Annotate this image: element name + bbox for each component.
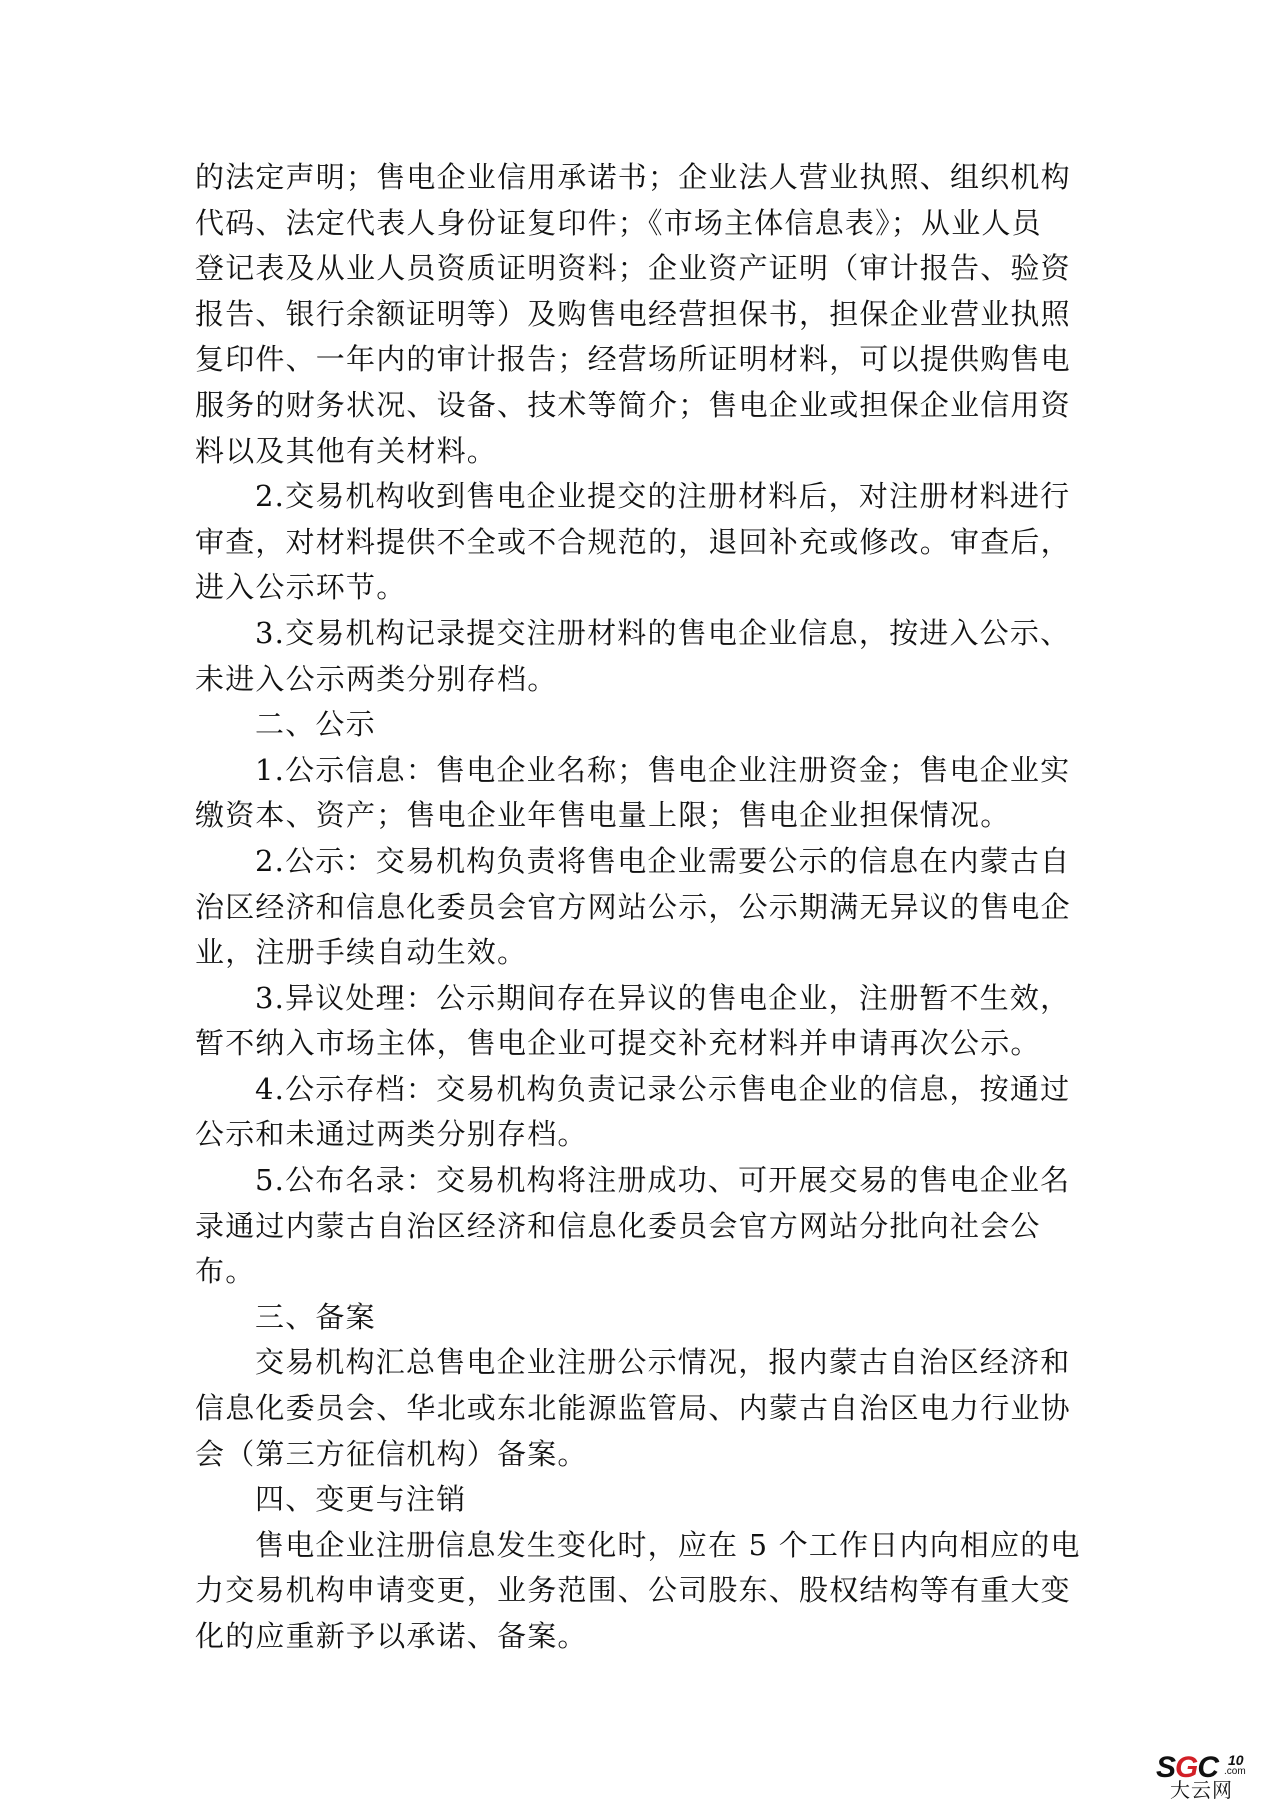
text-line: 代码、法定代表人身份证复印件；《市场主体信息表》；从业人员 bbox=[195, 201, 1075, 247]
text-line: 公示和未通过两类分别存档。 bbox=[195, 1112, 1075, 1158]
text-line: 报告、银行余额证明等）及购售电经营担保书，担保企业营业执照 bbox=[195, 292, 1075, 338]
text-line: 录通过内蒙古自治区经济和信息化委员会官方网站分批向社会公 bbox=[195, 1204, 1075, 1250]
text-line: 2.公示：交易机构负责将售电企业需要公示的信息在内蒙古自 bbox=[195, 839, 1075, 885]
text-line: 服务的财务状况、设备、技术等简介；售电企业或担保企业信用资 bbox=[195, 383, 1075, 429]
text-line: 5.公布名录：交易机构将注册成功、可开展交易的售电企业名 bbox=[195, 1158, 1075, 1204]
text-line: 交易机构汇总售电企业注册公示情况，报内蒙古自治区经济和 bbox=[195, 1340, 1075, 1386]
text-line: 2.交易机构收到售电企业提交的注册材料后，对注册材料进行 bbox=[195, 474, 1075, 520]
text-line: 化的应重新予以承诺、备案。 bbox=[195, 1614, 1075, 1660]
text-line: 的法定声明；售电企业信用承诺书；企业法人营业执照、组织机构 bbox=[195, 155, 1075, 201]
watermark-chinese-name: 大云网 bbox=[1170, 1779, 1233, 1801]
text-line: 四、变更与注销 bbox=[195, 1477, 1075, 1523]
text-line: 力交易机构申请变更，业务范围、公司股东、股权结构等有重大变 bbox=[195, 1568, 1075, 1614]
text-line: 4.公示存档：交易机构负责记录公示售电企业的信息，按通过 bbox=[195, 1067, 1075, 1113]
text-line: 复印件、一年内的审计报告；经营场所证明材料，可以提供购售电 bbox=[195, 337, 1075, 383]
text-line: 料以及其他有关材料。 bbox=[195, 429, 1075, 475]
watermark-logo: SGC 10 .com 大云网 bbox=[1156, 1753, 1254, 1801]
text-line: 缴资本、资产；售电企业年售电量上限；售电企业担保情况。 bbox=[195, 793, 1075, 839]
text-line: 售电企业注册信息发生变化时，应在 5 个工作日内向相应的电 bbox=[195, 1523, 1075, 1569]
text-line: 进入公示环节。 bbox=[195, 565, 1075, 611]
text-line: 信息化委员会、华北或东北能源监管局、内蒙古自治区电力行业协 bbox=[195, 1386, 1075, 1432]
text-line: 治区经济和信息化委员会官方网站公示，公示期满无异议的售电企 bbox=[195, 885, 1075, 931]
text-line: 登记表及从业人员资质证明资料；企业资产证明（审计报告、验资 bbox=[195, 246, 1075, 292]
watermark-superscript: 10 bbox=[1228, 1753, 1244, 1767]
text-line: 二、公示 bbox=[195, 702, 1075, 748]
text-line: 业，注册手续自动生效。 bbox=[195, 930, 1075, 976]
watermark-domain-suffix: .com bbox=[1224, 1766, 1246, 1778]
text-line: 1.公示信息：售电企业名称；售电企业注册资金；售电企业实 bbox=[195, 748, 1075, 794]
text-line: 三、备案 bbox=[195, 1295, 1075, 1341]
text-line: 3.交易机构记录提交注册材料的售电企业信息，按进入公示、 bbox=[195, 611, 1075, 657]
text-line: 暂不纳入市场主体，售电企业可提交补充材料并申请再次公示。 bbox=[195, 1021, 1075, 1067]
text-line: 未进入公示两类分别存档。 bbox=[195, 657, 1075, 703]
document-body: 的法定声明；售电企业信用承诺书；企业法人营业执照、组织机构代码、法定代表人身份证… bbox=[195, 155, 1075, 1660]
document-page: 的法定声明；售电企业信用承诺书；企业法人营业执照、组织机构代码、法定代表人身份证… bbox=[195, 155, 1075, 1660]
text-line: 布。 bbox=[195, 1249, 1075, 1295]
text-line: 审查，对材料提供不全或不合规范的，退回补充或修改。审查后， bbox=[195, 520, 1075, 566]
text-line: 会（第三方征信机构）备案。 bbox=[195, 1432, 1075, 1478]
text-line: 3.异议处理：公示期间存在异议的售电企业，注册暂不生效， bbox=[195, 976, 1075, 1022]
